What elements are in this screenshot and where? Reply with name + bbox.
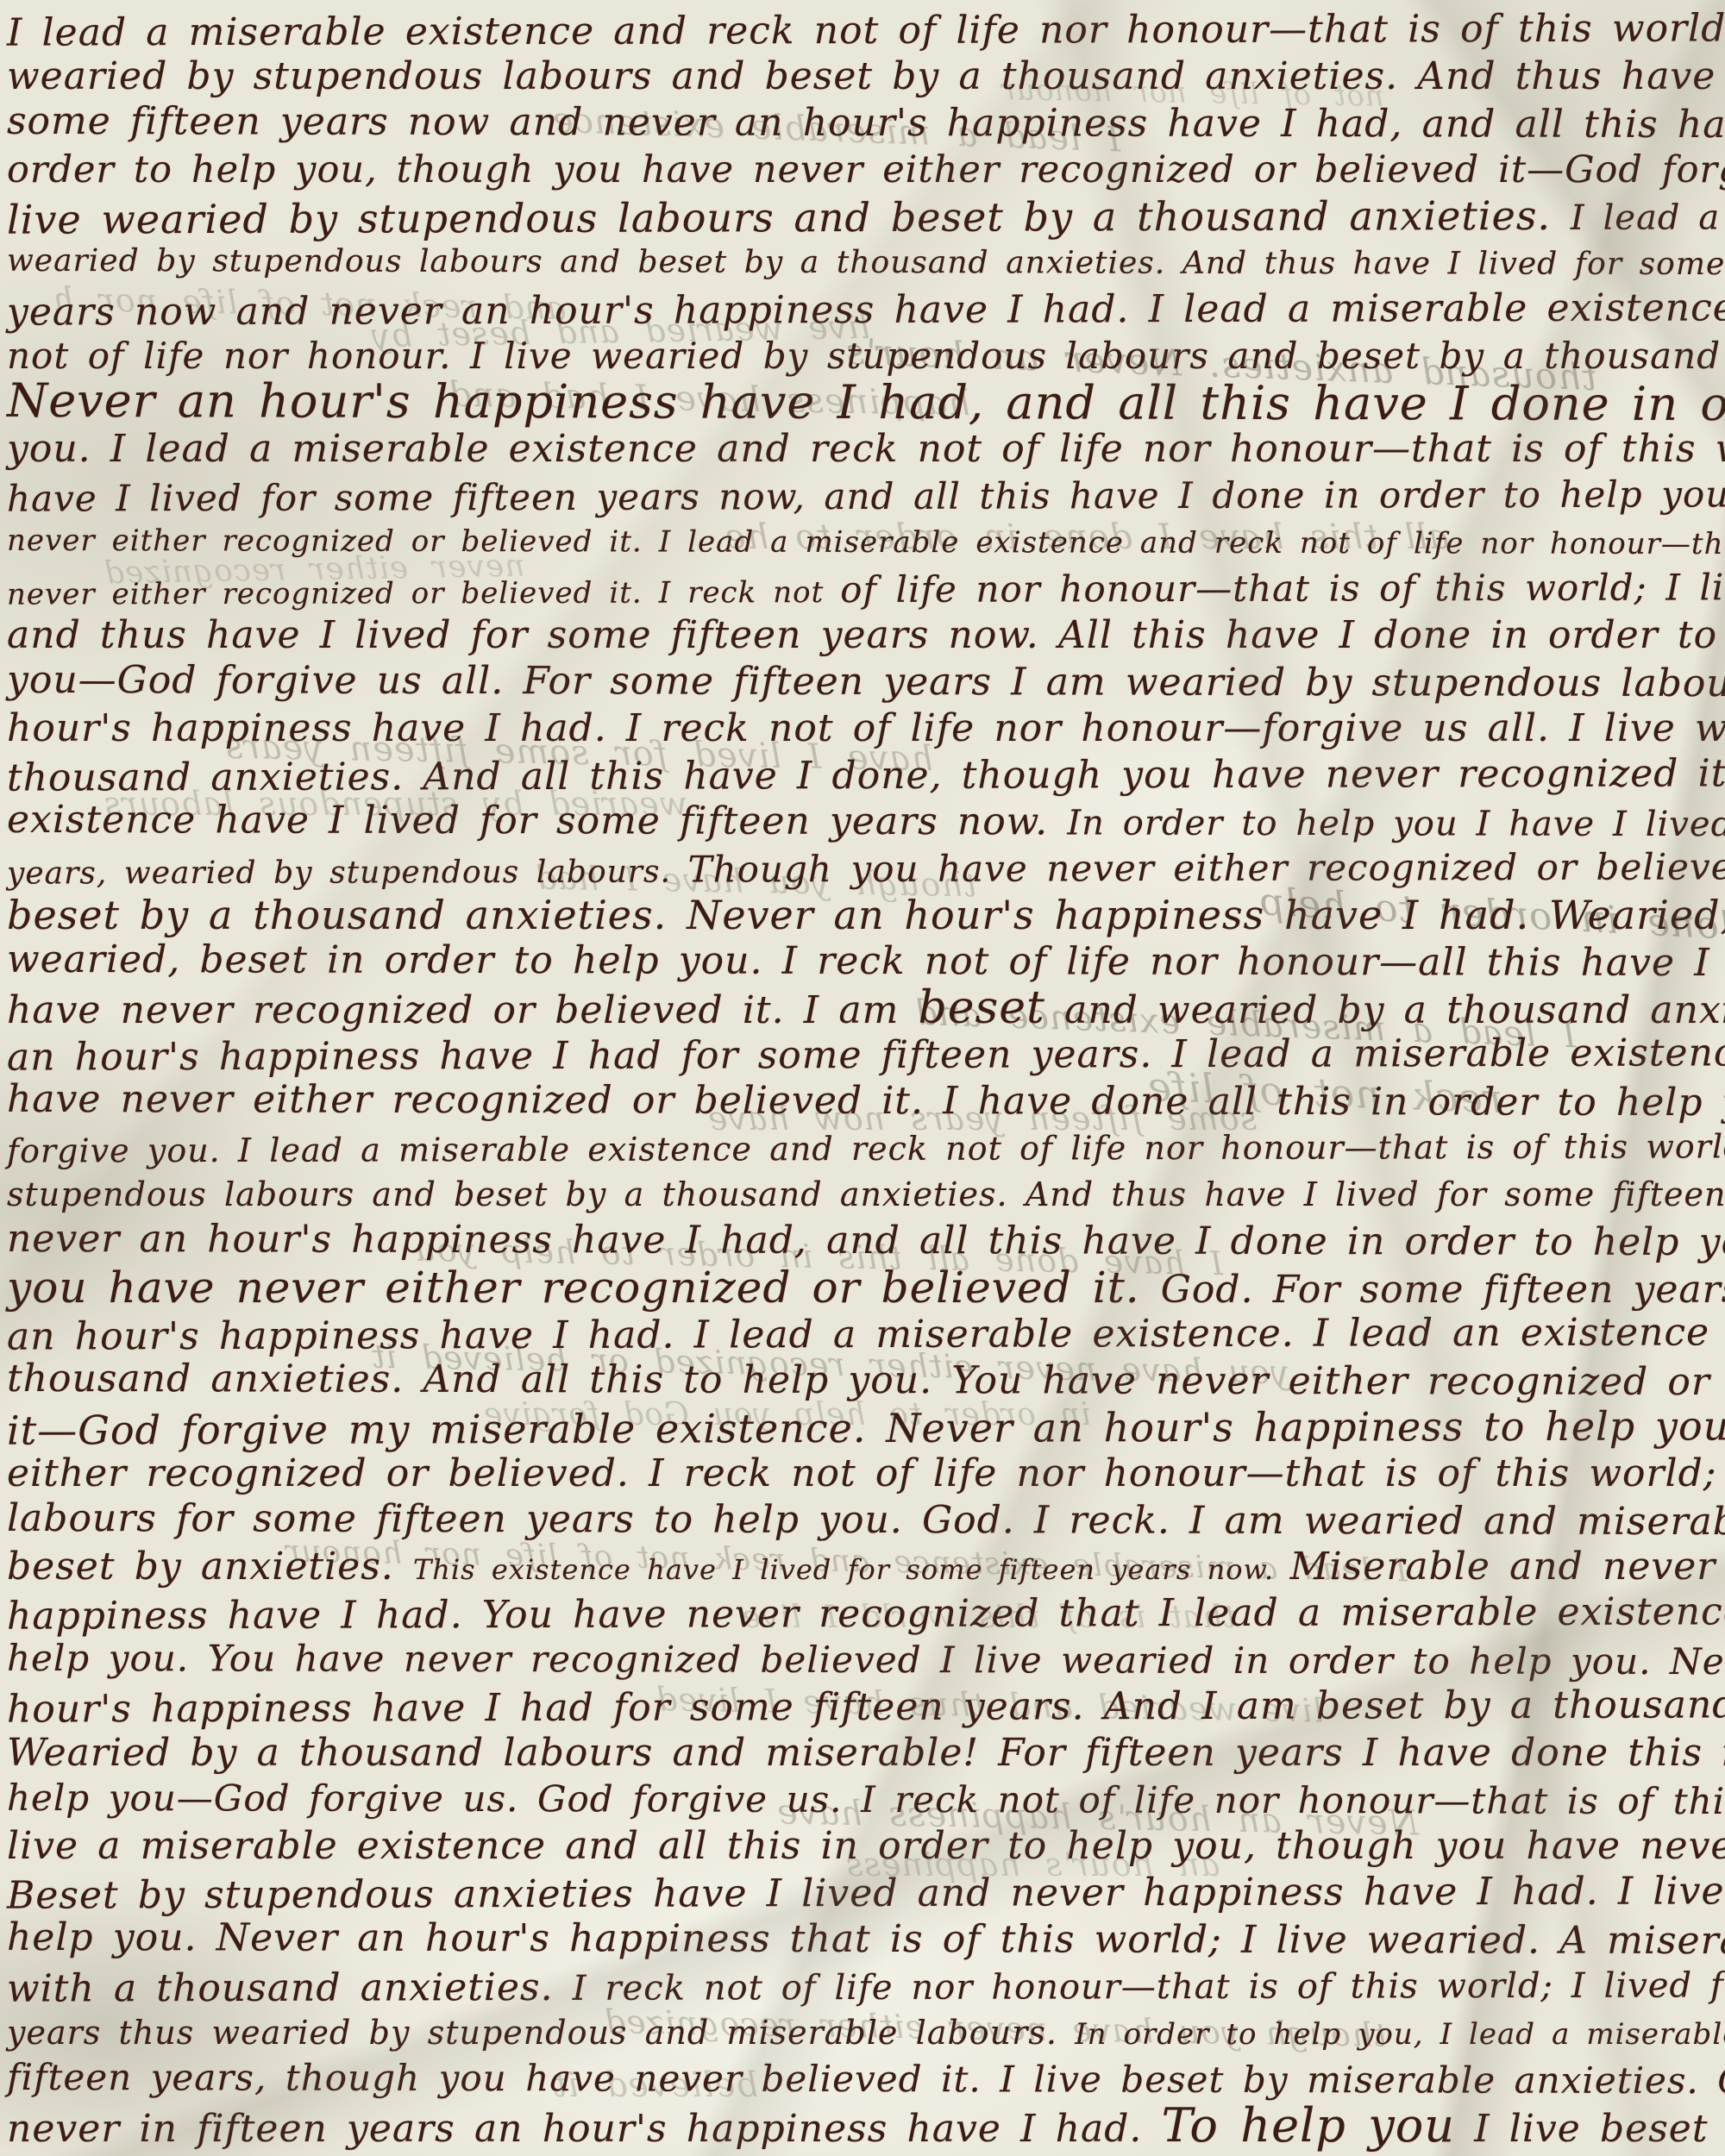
handwriting-segment: To help you xyxy=(1162,2098,1455,2153)
handwriting-segment: an hour's happiness have I had for some … xyxy=(7,1030,1725,1079)
handwriting-segment: God. For some fifteen years never xyxy=(1161,1268,1725,1312)
handwriting-segment: thousand anxieties. And all this to help… xyxy=(7,1357,1725,1405)
handwriting-segment: never either recognized or believed it. … xyxy=(7,523,1725,562)
handwriting-line: fifteen years, though you have never bel… xyxy=(7,2054,1725,2104)
handwriting-segment: help you—God forgive us. God forgive us.… xyxy=(7,1777,1725,1823)
handwriting-line: never an hour's happiness have I had, an… xyxy=(7,1216,1725,1266)
handwriting-line: help you. You have never recognized beli… xyxy=(7,1635,1725,1685)
handwriting-segment: happiness have I had. You have never rec… xyxy=(7,1589,1725,1639)
handwriting-segment: have never either recognized or believed… xyxy=(7,1077,1725,1125)
handwriting-line: you—God forgive us all. For some fifteen… xyxy=(7,657,1725,707)
handwriting-segment: live a miserable existence and all this … xyxy=(7,1824,1725,1868)
handwriting-line: have never recognized or believed it. I … xyxy=(7,985,1725,1031)
handwriting-segment: Though you have never either recognized … xyxy=(687,845,1725,891)
handwriting-line: I lead a miserable existence and reck no… xyxy=(7,5,1725,56)
handwriting-segment: I lead a miserable xyxy=(1571,197,1725,238)
handwriting-line: never either recognized or believed it. … xyxy=(7,517,1725,567)
handwriting-line: thousand anxieties. And all this have I … xyxy=(7,750,1725,801)
handwriting-line: live a miserable existence and all this … xyxy=(7,1823,1725,1870)
handwriting-line: have I lived for some fifteen years now,… xyxy=(7,471,1725,522)
handwriting-line: either recognized or believed. I reck no… xyxy=(7,1451,1725,1497)
handwriting-line: wearied, beset in order to help you. I r… xyxy=(7,937,1725,987)
handwriting-segment: never either recognized or believed it. … xyxy=(7,575,840,612)
handwriting-segment: order to help you, though you have never… xyxy=(7,148,1725,191)
handwriting-segment: In order to help you I have I lived for … xyxy=(1067,803,1725,844)
handwritten-text: I lead a miserable existence and reck no… xyxy=(0,0,1725,2156)
handwriting-segment: In order to help you, I lead a miserable… xyxy=(1075,2017,1725,2052)
handwriting-line: Wearied by a thousand labours and misera… xyxy=(7,1730,1725,1777)
handwriting-line: never either recognized or believed it. … xyxy=(7,564,1725,615)
handwriting-segment: fifteen years, though you have never bel… xyxy=(7,2056,1725,2103)
handwriting-segment: I reck not of life nor honour—that is of… xyxy=(573,1965,1725,2009)
handwriting-line: wearied by stupendous labours and beset … xyxy=(7,238,1725,288)
handwriting-segment: help you. Never an hour's happiness that… xyxy=(7,1915,1725,1964)
handwriting-line: never in fifteen years an hour's happine… xyxy=(7,2103,1725,2149)
handwriting-segment: thousand anxieties. And all this have I … xyxy=(7,751,1725,800)
handwriting-line: with a thousand anxieties. I reck not of… xyxy=(7,1961,1725,2012)
handwriting-segment: stupendous labours and beset by a thousa… xyxy=(7,1175,1725,1213)
handwriting-segment: an hour's happiness have I had. I lead a… xyxy=(7,1310,1725,1359)
handwriting-line: hour's happiness have I had. I reck not … xyxy=(7,705,1725,752)
handwriting-segment: with a thousand anxieties. xyxy=(7,1965,573,2011)
handwriting-segment: Wearied by a thousand labours and misera… xyxy=(7,1731,1725,1775)
handwriting-segment: years now and never an hour's happiness … xyxy=(7,285,1725,335)
handwriting-segment: wearied by stupendous labours and beset … xyxy=(7,54,1725,98)
handwriting-line: beset by anxieties. This existence have … xyxy=(7,1544,1725,1590)
handwriting-segment: beset by anxieties. xyxy=(7,1545,413,1589)
handwriting-segment: labours for some fifteen years to help y… xyxy=(7,1496,1725,1545)
handwriting-segment: beset xyxy=(918,982,1044,1034)
handwriting-segment: not of life nor honour. I live wearied b… xyxy=(7,335,1725,377)
handwriting-line: years thus wearied by stupendous and mis… xyxy=(7,2009,1725,2056)
handwriting-line: Beset by stupendous anxieties have I liv… xyxy=(7,1868,1725,1919)
handwriting-segment: This existence have I lived for some fif… xyxy=(413,1553,1290,1586)
handwriting-segment: it—God forgive my miserable existence. N… xyxy=(7,1402,1725,1454)
handwriting-segment: help you. You have never recognized beli… xyxy=(7,1637,1725,1683)
handwriting-line: hour's happiness have I had for some fif… xyxy=(7,1682,1725,1733)
handwriting-line: labours for some fifteen years to help y… xyxy=(7,1495,1725,1545)
handwriting-segment: years thus wearied by stupendous and mis… xyxy=(7,2014,1075,2052)
handwriting-line: help you. Never an hour's happiness that… xyxy=(7,1915,1725,1965)
handwriting-line: order to help you, though you have never… xyxy=(7,147,1725,193)
handwriting-line: it—God forgive my miserable existence. N… xyxy=(7,1402,1725,1453)
handwriting-line: not of life nor honour. I live wearied b… xyxy=(7,333,1725,379)
handwriting-segment: beset by a thousand anxieties. Never an … xyxy=(7,892,1725,938)
handwriting-segment: some fifteen years now and never an hour… xyxy=(7,99,1725,147)
handwriting-line: live wearied by stupendous labours and b… xyxy=(7,191,1725,242)
handwriting-segment: and wearied by a thousand anxieties. And… xyxy=(1045,988,1725,1032)
handwriting-segment: you. I lead a miserable existence and re… xyxy=(7,427,1725,471)
handwriting-segment: of life nor honour—that is of this world… xyxy=(840,566,1725,611)
handwriting-line: beset by a thousand anxieties. Never an … xyxy=(7,892,1725,938)
handwriting-line: wearied by stupendous labours and beset … xyxy=(7,53,1725,100)
handwriting-segment: wearied, beset in order to help you. I r… xyxy=(7,937,1725,986)
handwriting-segment: you have never either recognized or beli… xyxy=(7,1263,1161,1313)
letter-page: I lead a miserable existencenot of life … xyxy=(0,0,1725,2156)
handwriting-segment: hour's happiness have I had for some fif… xyxy=(7,1683,1725,1732)
handwriting-segment: forgive you. I lead a miserable existenc… xyxy=(7,1126,1725,1169)
handwriting-segment: live wearied by stupendous labours and b… xyxy=(7,192,1571,243)
handwriting-line: you have never either recognized or beli… xyxy=(7,1264,1725,1311)
handwriting-line: an hour's happiness have I had for some … xyxy=(7,1030,1725,1081)
handwriting-segment: years, wearied by stupendous labours. xyxy=(7,855,688,892)
handwriting-line: years, wearied by stupendous labours. Th… xyxy=(7,843,1725,894)
handwriting-segment: you—God forgive us all. For some fifteen… xyxy=(7,658,1725,706)
handwriting-line: and thus have I lived for some fifteen y… xyxy=(7,612,1725,659)
handwriting-segment: have never recognized or believed it. I … xyxy=(7,988,918,1032)
handwriting-segment: either recognized or believed. I reck no… xyxy=(7,1451,1725,1495)
handwriting-segment: have I lived for some fifteen years now,… xyxy=(7,473,1725,520)
handwriting-segment: I live beset by anxieties xyxy=(1455,2107,1725,2151)
handwriting-segment: existence have I lived for some fifteen … xyxy=(7,798,1067,844)
handwriting-line: some fifteen years now and never an hour… xyxy=(7,98,1725,148)
handwriting-segment: never in fifteen years an hour's happine… xyxy=(7,2107,1162,2151)
handwriting-line: have never either recognized or believed… xyxy=(7,1076,1725,1126)
handwriting-segment: never an hour's happiness have I had, an… xyxy=(7,1217,1725,1265)
handwriting-line: stupendous labours and beset by a thousa… xyxy=(7,1171,1725,1218)
handwriting-segment: hour's happiness have I had. I reck not … xyxy=(7,706,1725,750)
handwriting-line: help you—God forgive us. God forgive us.… xyxy=(7,1775,1725,1825)
handwriting-line: Never an hour's happiness have I had, an… xyxy=(7,378,1725,428)
handwriting-line: happiness have I had. You have never rec… xyxy=(7,1589,1725,1639)
handwriting-line: years now and never an hour's happiness … xyxy=(7,285,1725,335)
handwriting-line: an hour's happiness have I had. I lead a… xyxy=(7,1309,1725,1360)
handwriting-segment: I lead a miserable existence and reck no… xyxy=(7,6,1725,55)
handwriting-line: you. I lead a miserable existence and re… xyxy=(7,426,1725,473)
handwriting-line: forgive you. I lead a miserable existenc… xyxy=(7,1123,1725,1174)
handwriting-segment: and thus have I lived for some fifteen y… xyxy=(7,613,1725,657)
handwriting-segment: Never an hour's happiness have I had, an… xyxy=(7,373,1725,432)
handwriting-segment: Beset by stupendous anxieties have I liv… xyxy=(7,1869,1725,1918)
handwriting-line: existence have I lived for some fifteen … xyxy=(7,797,1725,847)
handwriting-segment: Miserable and never an hour's xyxy=(1290,1545,1725,1589)
handwriting-line: thousand anxieties. And all this to help… xyxy=(7,1356,1725,1406)
handwriting-segment: wearied by stupendous labours and beset … xyxy=(7,243,1725,282)
